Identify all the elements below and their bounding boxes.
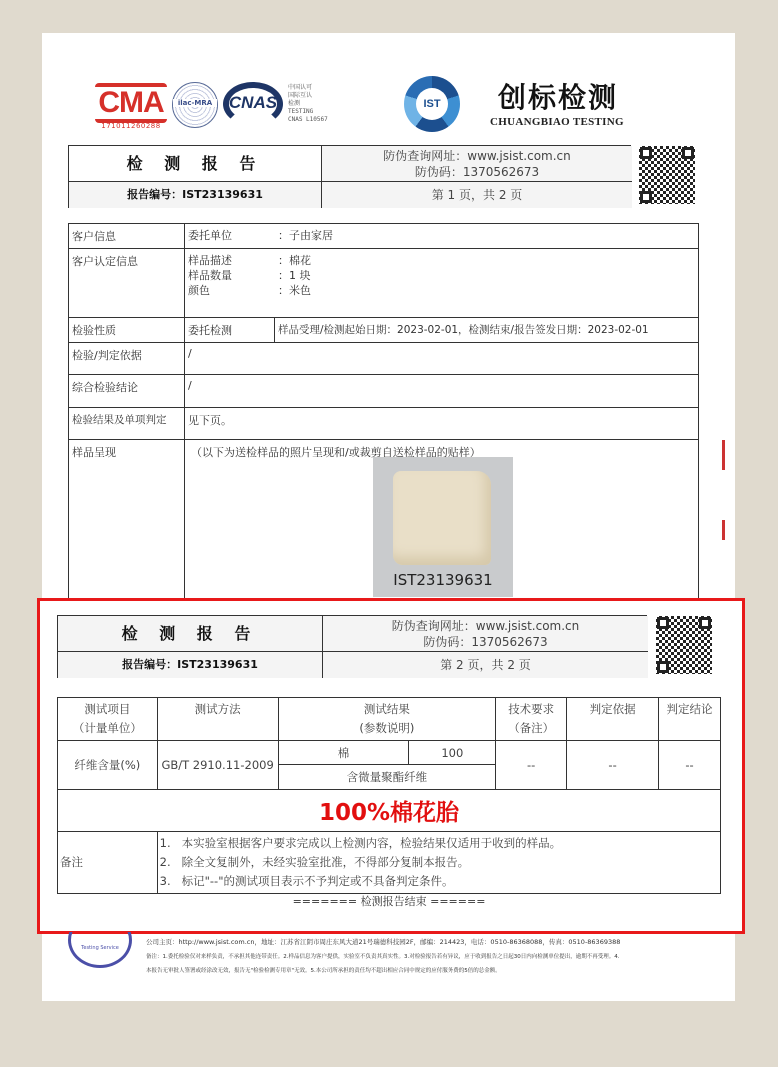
footer-line: 公司主页：http://www.jsist.com.cn，地址：江苏省江阴市周庄… (146, 937, 620, 946)
ilac-mra-logo: ilac-MRA (172, 82, 218, 128)
col-requirement: 技术要求 （备注） (496, 698, 567, 741)
photo-code: IST23139631 (373, 571, 513, 589)
seam-stamp (722, 520, 725, 540)
header-text: 判定结论 (667, 702, 713, 716)
report-header-page1: 检 测 报 告 防伪查询网址：www.jsist.com.cn 防伪码：1370… (68, 145, 631, 208)
requirement-value: -- (496, 741, 567, 790)
confirm-cell: 样品描述：棉花 样品数量：1 块 颜色：米色 (185, 249, 699, 318)
header-text: 测试方法 (195, 702, 241, 716)
table-header-row: 测试项目 （计量单位） 测试方法 测试结果 (参数说明) 技术要求 （备注） 判… (58, 698, 721, 741)
col-basis: 判定依据 (567, 698, 659, 741)
basis-value: / (185, 343, 699, 375)
note-item: 1. 本实验室根据客户要求完成以上检测内容，检验结果仅适用于收到的样品。 (160, 834, 718, 853)
footer-line: 本报告无审批人签署或经涂改无效，报告无"检验检测专用章"无效。5.本公司所承担的… (146, 966, 501, 974)
verify-info: 防伪查询网址：www.jsist.com.cn 防伪码：1370562673 (323, 616, 648, 652)
test-item: 纤维含量(%) (58, 741, 158, 790)
table-row: 综合检验结论 / (69, 375, 699, 408)
header-text: 判定依据 (590, 702, 636, 716)
nature-value: 委托检测 (185, 318, 275, 343)
fiber-name: 棉 (278, 741, 409, 765)
table-row: 检验性质 委托检测 样品受理/检测起始日期：2023-02-01，检测结束/报告… (69, 318, 699, 343)
sample-qty-value: ：1 块 (278, 268, 695, 283)
footer-line: 备注：1.委托检验仅对来样负责，不承担其他连带责任。2.样品信息为客户提供，实验… (146, 952, 620, 960)
table-row: 检验/判定依据 / (69, 343, 699, 375)
seal-text: Testing Service (71, 945, 129, 951)
conclusion-value: / (185, 375, 699, 408)
col-test-result: 测试结果 (参数说明) (278, 698, 496, 741)
cnas-info-line: CNAS L10567 (288, 116, 328, 124)
color-value: ：米色 (278, 283, 695, 298)
cma-number: 171011260288 (95, 122, 167, 130)
report-end-marker: ======= 检测报告结束 ====== (0, 893, 778, 909)
highlight-text: 100%棉花胎 (319, 800, 459, 826)
conclusion-label: 综合检验结论 (69, 375, 185, 408)
sample-qty-key: 样品数量 (188, 268, 278, 283)
cma-logo: CMA (95, 83, 167, 123)
basis-label: 检验/判定依据 (69, 343, 185, 375)
notes-label: 备注 (58, 832, 158, 894)
brand-name-cn: 创标检测 (498, 76, 618, 116)
result-label: 检验结果及单项判定 (69, 408, 185, 440)
brand-name-en: CHUANGBIAO TESTING (490, 116, 624, 128)
cma-logo-text: CMA (95, 83, 167, 123)
client-cell: 委托单位：子由家居 (185, 224, 699, 249)
fiber-value: 100 (409, 741, 496, 765)
table-row: 检验结果及单项判定 见下页。 (69, 408, 699, 440)
report-header-page2: 检 测 报 告 防伪查询网址：www.jsist.com.cn 防伪码：1370… (57, 615, 647, 678)
cnas-info-line: 中国认可 (288, 84, 328, 92)
test-results-table: 测试项目 （计量单位） 测试方法 测试结果 (参数说明) 技术要求 （备注） 判… (57, 697, 721, 894)
verify-url: 防伪查询网址：www.jsist.com.cn (323, 618, 648, 634)
ilac-text: ilac-MRA (173, 99, 217, 107)
verify-url: 防伪查询网址：www.jsist.com.cn (322, 148, 632, 164)
verdict-value: -- (659, 741, 721, 790)
cnas-info: 中国认可 国际互认 检测 TESTING CNAS L10567 (288, 84, 328, 124)
verify-code: 防伪码：1370562673 (323, 634, 648, 650)
page-indicator: 第 2 页，共 2 页 (323, 652, 648, 678)
cnas-info-line: TESTING (288, 108, 328, 116)
result-value: 见下页。 (185, 408, 699, 440)
ist-logo-icon: IST (404, 76, 460, 132)
cnas-info-line: 国际互认 (288, 92, 328, 100)
header-text: 技术要求 （备注） (508, 702, 554, 735)
dates-value: 样品受理/检测起始日期：2023-02-01，检测结束/报告签发日期：2023-… (275, 318, 699, 343)
col-test-method: 测试方法 (157, 698, 278, 741)
verify-info: 防伪查询网址：www.jsist.com.cn 防伪码：1370562673 (322, 146, 632, 182)
note-item: 2. 除全文复制外，未经实验室批准，不得部分复制本报告。 (160, 853, 718, 872)
client-key: 委托单位 (188, 228, 278, 243)
sample-label: 样品呈现 (69, 440, 185, 610)
sample-desc-key: 样品描述 (188, 253, 278, 268)
qr-code-icon (656, 616, 712, 674)
report-title: 检 测 报 告 (58, 616, 323, 652)
header-text: 测试结果 (参数说明) (359, 702, 414, 735)
seam-stamp (722, 440, 725, 470)
page-indicator: 第 1 页，共 2 页 (322, 182, 632, 208)
report-number: 报告编号：IST23139631 (58, 652, 323, 678)
sample-desc-value: ：棉花 (278, 253, 695, 268)
verify-code: 防伪码：1370562673 (322, 164, 632, 180)
client-value: ：子由家居 (278, 228, 695, 243)
test-method: GB/T 2910.11-2009 (157, 741, 278, 790)
table-row: 客户信息 委托单位：子由家居 (69, 224, 699, 249)
cnas-info-line: 检测 (288, 100, 328, 108)
header-text: 测试项目 （计量单位） (73, 702, 142, 735)
fiber-note: 含微量聚酯纤维 (278, 765, 496, 790)
table-row: 纤维含量(%) GB/T 2910.11-2009 棉 100 -- -- -- (58, 741, 721, 765)
cotton-sample-image (393, 471, 491, 565)
report-number: 报告编号：IST23139631 (69, 182, 322, 208)
highlight-cell: 100%棉花胎 (58, 790, 721, 832)
col-test-item: 测试项目 （计量单位） (58, 698, 158, 741)
notes-list: 1. 本实验室根据客户要求完成以上检测内容，检验结果仅适用于收到的样品。 2. … (157, 832, 720, 894)
cnas-logo-text: CNAS (221, 93, 285, 113)
client-label: 客户信息 (69, 224, 185, 249)
table-row: 100%棉花胎 (58, 790, 721, 832)
table-row: 客户认定信息 样品描述：棉花 样品数量：1 块 颜色：米色 (69, 249, 699, 318)
nature-label: 检验性质 (69, 318, 185, 343)
sample-photo: IST23139631 (373, 457, 513, 597)
qr-code-icon (639, 146, 695, 204)
note-item: 3. 标记"--"的测试项目表示不予判定或不具备判定条件。 (160, 872, 718, 891)
col-verdict: 判定结论 (659, 698, 721, 741)
confirm-label: 客户认定信息 (69, 249, 185, 318)
ist-logo-text: IST (416, 88, 448, 120)
basis-value: -- (567, 741, 659, 790)
table-row: 备注 1. 本实验室根据客户要求完成以上检测内容，检验结果仅适用于收到的样品。 … (58, 832, 721, 894)
report-title: 检 测 报 告 (69, 146, 322, 182)
color-key: 颜色 (188, 283, 278, 298)
